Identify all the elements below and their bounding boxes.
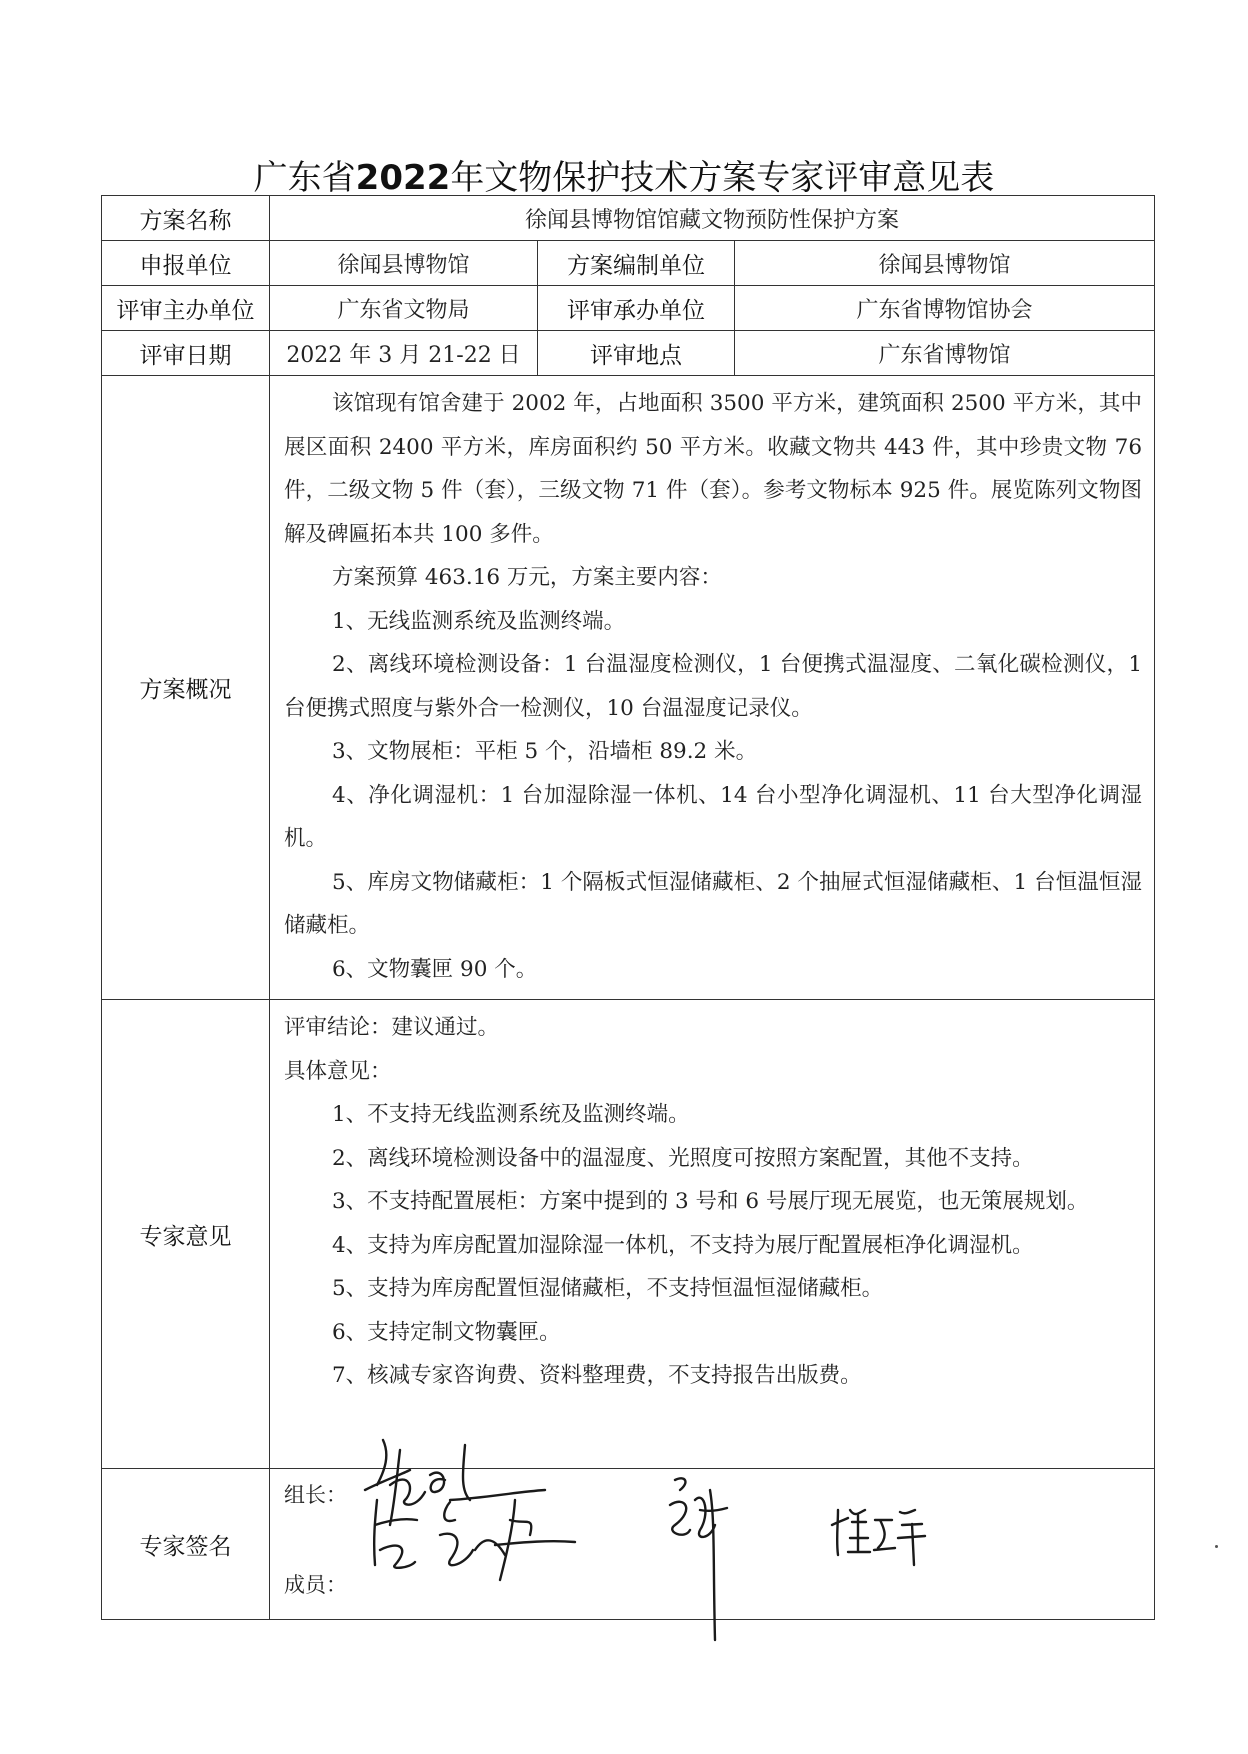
overview-content: 该馆现有馆舍建于 2002 年，占地面积 3500 平方米，建筑面积 2500 … [270,376,1155,1000]
compiler-value: 徐闻县博物馆 [735,241,1155,286]
applicant-value: 徐闻县博物馆 [270,241,538,286]
opinion-item: 6、支持定制文物囊匣。 [284,1311,1142,1355]
overview-item: 6、文物囊匣 90 个。 [284,948,1142,992]
opinion-item: 7、核减专家咨询费、资料整理费，不支持报告出版费。 [284,1354,1142,1398]
members-label: 成员： [284,1569,347,1599]
compiler-label: 方案编制单位 [538,241,735,286]
overview-item: 1、无线监测系统及监测终端。 [284,600,1142,644]
overview-paragraph: 该馆现有馆舍建于 2002 年，占地面积 3500 平方米，建筑面积 2500 … [284,382,1142,556]
opinion-item: 5、支持为库房配置恒湿储藏柜，不支持恒温恒湿储藏柜。 [284,1267,1142,1311]
review-date-value: 2022 年 3 月 21-22 日 [270,331,538,376]
opinion-item: 3、不支持配置展柜：方案中提到的 3 号和 6 号展厅现无展览，也无策展规划。 [284,1180,1142,1224]
plan-name-label: 方案名称 [102,196,270,241]
review-date-label: 评审日期 [102,331,270,376]
scan-speck [1215,1545,1218,1548]
opinion-item: 2、离线环境检测设备中的温湿度、光照度可按照方案配置，其他不支持。 [284,1137,1142,1181]
row-date: 评审日期 2022 年 3 月 21-22 日 评审地点 广东省博物馆 [102,331,1155,376]
title-suffix: 年文物保护技术方案专家评审意见表 [450,158,994,198]
host-value: 广东省文物局 [270,286,538,331]
opinion-details-heading: 具体意见： [284,1050,1142,1094]
page-title: 广东省2022年文物保护技术方案专家评审意见表 [0,150,1248,199]
host-label: 评审主办单位 [102,286,270,331]
row-host: 评审主办单位 广东省文物局 评审承办单位 广东省博物馆协会 [102,286,1155,331]
overview-label: 方案概况 [102,376,270,1000]
opinion-item: 1、不支持无线监测系统及监测终端。 [284,1093,1142,1137]
overview-budget: 方案预算 463.16 万元，方案主要内容： [284,556,1142,600]
opinion-content: 评审结论：建议通过。 具体意见： 1、不支持无线监测系统及监测终端。 2、离线环… [270,1000,1155,1469]
row-plan-name: 方案名称 徐闻县博物馆馆藏文物预防性保护方案 [102,196,1155,241]
organizer-value: 广东省博物馆协会 [735,286,1155,331]
signatures-area: 组长： 成员： [270,1469,1155,1620]
signatures-label: 专家签名 [102,1469,270,1620]
overview-item: 4、净化调湿机：1 台加湿除湿一体机、14 台小型净化调湿机、11 台大型净化调… [284,774,1142,861]
overview-item: 3、文物展柜：平柜 5 个，沿墙柜 89.2 米。 [284,730,1142,774]
row-overview: 方案概况 该馆现有馆舍建于 2002 年，占地面积 3500 平方米，建筑面积 … [102,376,1155,1000]
review-location-value: 广东省博物馆 [735,331,1155,376]
row-signatures: 专家签名 组长： 成员： [102,1469,1155,1620]
opinion-item: 4、支持为库房配置加湿除湿一体机，不支持为展厅配置展柜净化调湿机。 [284,1224,1142,1268]
row-applicant: 申报单位 徐闻县博物馆 方案编制单位 徐闻县博物馆 [102,241,1155,286]
plan-name-value: 徐闻县博物馆馆藏文物预防性保护方案 [270,196,1155,241]
row-opinion: 专家意见 评审结论：建议通过。 具体意见： 1、不支持无线监测系统及监测终端。 … [102,1000,1155,1469]
title-prefix: 广东省 [254,158,356,198]
overview-item: 5、库房文物储藏柜：1 个隔板式恒湿储藏柜、2 个抽屉式恒湿储藏柜、1 台恒温恒… [284,861,1142,948]
leader-label: 组长： [284,1479,347,1509]
opinion-label: 专家意见 [102,1000,270,1469]
organizer-label: 评审承办单位 [538,286,735,331]
review-location-label: 评审地点 [538,331,735,376]
opinion-conclusion: 评审结论：建议通过。 [284,1006,1142,1050]
review-form-table: 方案名称 徐闻县博物馆馆藏文物预防性保护方案 申报单位 徐闻县博物馆 方案编制单… [101,195,1155,1620]
title-year: 2022 [356,158,451,198]
overview-item: 2、离线环境检测设备：1 台温湿度检测仪，1 台便携式温湿度、二氧化碳检测仪，1… [284,643,1142,730]
applicant-label: 申报单位 [102,241,270,286]
